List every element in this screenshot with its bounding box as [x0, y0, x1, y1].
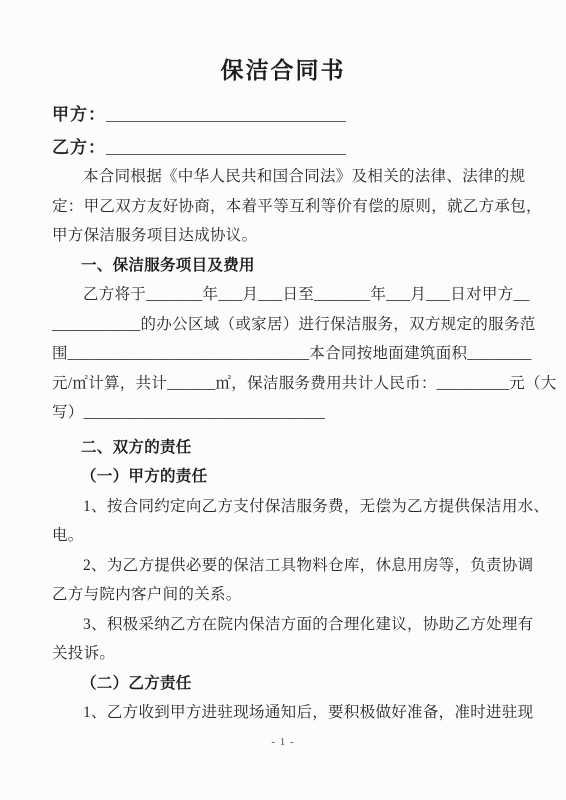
party-a-duty-heading: （一）甲方的责任: [52, 462, 538, 492]
service-scope-line: 围______________________________本合同按地面建筑面…: [52, 339, 538, 369]
contract-body: 本合同根据《中华人民共和国合同法》及相关的法律、法律的规 定：甲乙双方友好协商，…: [52, 162, 538, 728]
party-b-blank: ______________________________: [106, 140, 346, 157]
doc-title: 保洁合同书: [0, 52, 566, 85]
intro-line: 甲方保洁服务项目达成协议。: [52, 221, 538, 251]
party-a-duty-item-3-cont: 关投诉。: [52, 639, 538, 669]
service-fee-line: 元/㎡计算，共计______㎡，保洁服务费用共计人民币：_________元（大: [52, 369, 538, 399]
party-a-duty-item-2-cont: 乙方与院内客户间的关系。: [52, 580, 538, 610]
party-a-duty-item-2: 2、为乙方提供必要的保洁工具物料仓库，休息用房等，负责协调: [52, 551, 538, 581]
service-period-line: 乙方将于_______年___月___日至_______年___月___日对甲方…: [52, 280, 538, 310]
fee-in-words-line: 写）______________________________: [52, 398, 538, 428]
page-number: - 1 -: [0, 736, 566, 748]
intro-line: 定：甲乙双方友好协商，本着平等互利等价有偿的原则，就乙方承包，: [52, 192, 538, 222]
intro-line: 本合同根据《中华人民共和国合同法》及相关的法律、法律的规: [52, 162, 538, 192]
party-b-row: 乙方：______________________________: [52, 133, 346, 158]
service-area-line: ___________的办公区域（或家居）进行保洁服务，双方规定的服务范: [52, 310, 538, 340]
party-a-duty-item-3: 3、积极采纳乙方在院内保洁方面的合理化建议，协助乙方处理有: [52, 610, 538, 640]
party-b-duty-item-1: 1、乙方收到甲方进驻现场通知后，要积极做好准备，准时进驻现: [52, 698, 538, 728]
party-b-label: 乙方：: [52, 138, 106, 157]
party-a-label: 甲方：: [52, 105, 106, 124]
section-2-heading: 二、双方的责任: [52, 433, 538, 463]
party-a-duty-item-1: 1、按合同约定向乙方支付保洁服务费，无偿为乙方提供保洁用水、: [52, 492, 538, 522]
section-1-heading: 一、保洁服务项目及费用: [52, 251, 538, 281]
contract-document: 保洁合同书 甲方：______________________________ …: [0, 0, 566, 800]
party-a-row: 甲方：______________________________: [52, 100, 346, 125]
party-a-duty-item-1-cont: 电。: [52, 521, 538, 551]
party-a-blank: ______________________________: [106, 107, 346, 124]
party-b-duty-heading: （二）乙方责任: [52, 669, 538, 699]
